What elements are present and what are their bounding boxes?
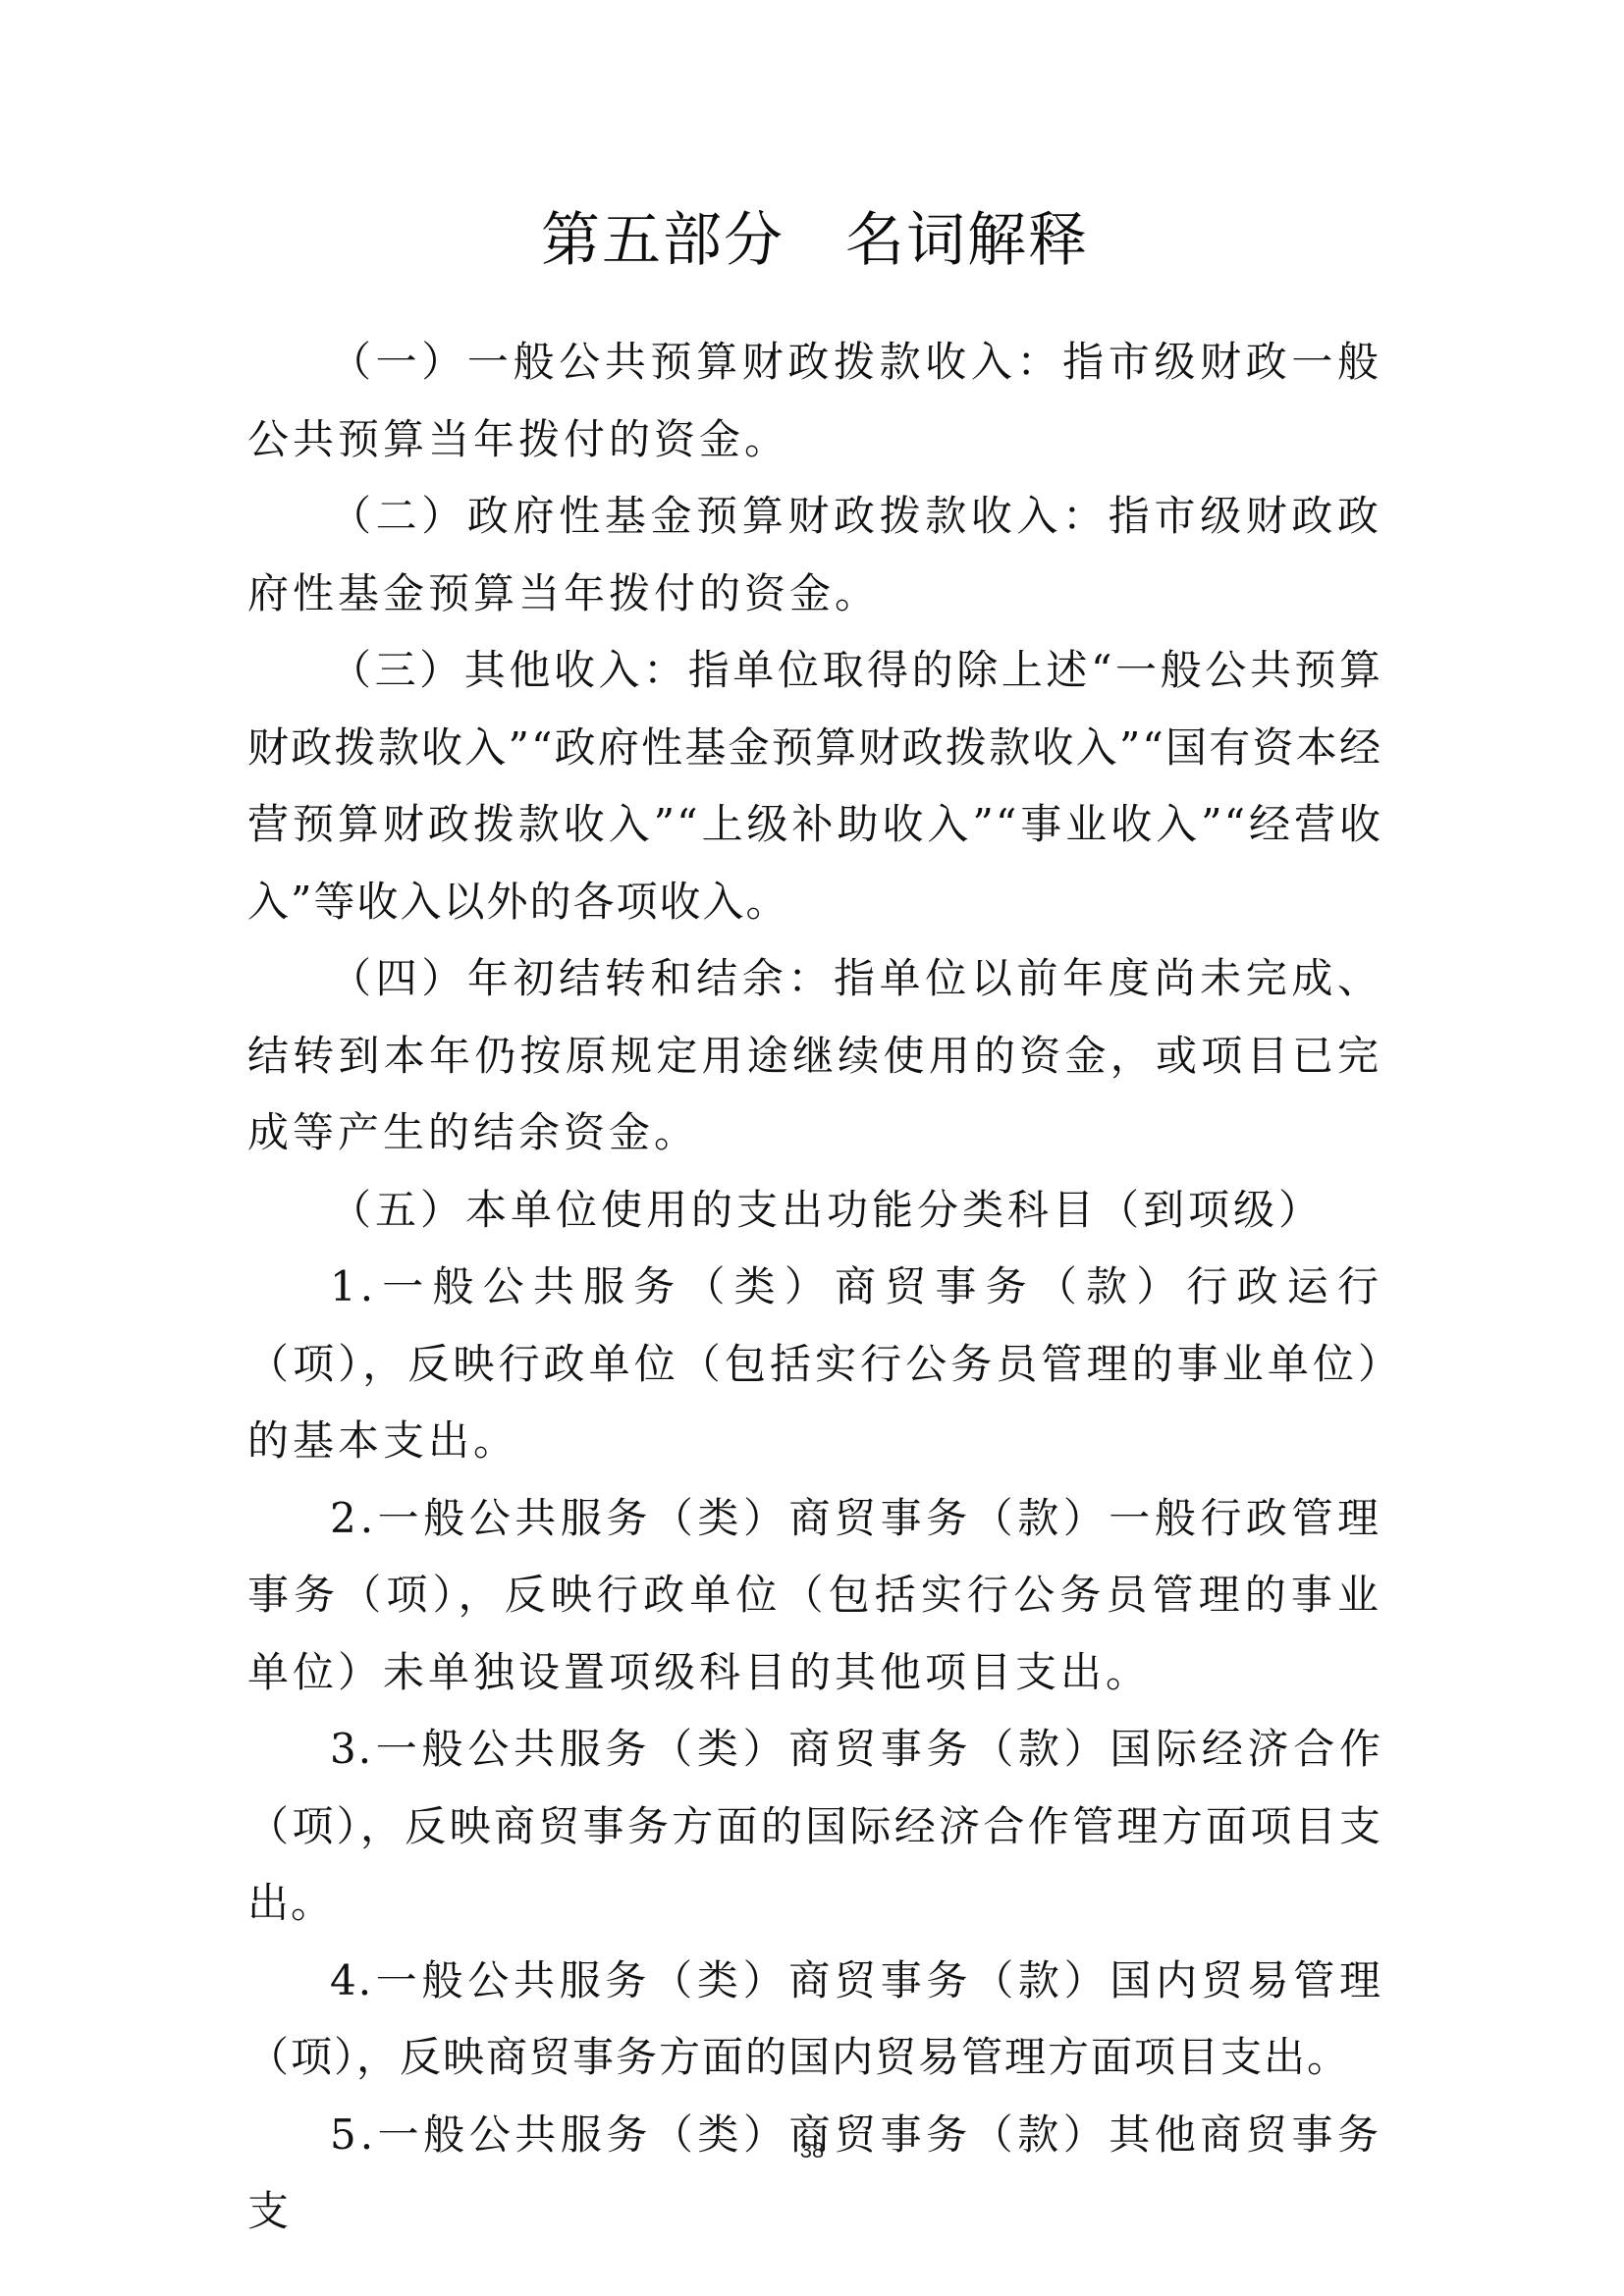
paragraph-expenditure-classification: （五）本单位使用的支出功能分类科目（到项级） xyxy=(247,1172,1382,1250)
list-item-general-administration: 2.一般公共服务（类）商贸事务（款）一般行政管理事务（项），反映行政单位（包括实… xyxy=(247,1480,1382,1712)
paragraph-general-budget-income: （一）一般公共预算财政拨款收入：指市级财政一般公共预算当年拨付的资金。 xyxy=(247,324,1382,478)
document-body: （一）一般公共预算财政拨款收入：指市级财政一般公共预算当年拨付的资金。 （二）政… xyxy=(247,324,1382,2251)
list-item-administrative-operation: 1.一般公共服务（类）商贸事务（款）行政运行（项），反映行政单位（包括实行公务员… xyxy=(247,1249,1382,1480)
paragraph-other-income: （三）其他收入：指单位取得的除上述“一般公共预算财政拨款收入”“政府性基金预算财… xyxy=(247,632,1382,940)
paragraph-carryover-balance: （四）年初结转和结余：指单位以前年度尚未完成、结转到本年仍按原规定用途继续使用的… xyxy=(247,940,1382,1172)
list-item-domestic-trade: 4.一般公共服务（类）商贸事务（款）国内贸易管理（项），反映商贸事务方面的国内贸… xyxy=(247,1943,1382,2097)
list-item-international-cooperation: 3.一般公共服务（类）商贸事务（款）国际经济合作（项），反映商贸事务方面的国际经… xyxy=(247,1711,1382,1943)
paragraph-government-fund-income: （二）政府性基金预算财政拨款收入：指市级财政政府性基金预算当年拨付的资金。 xyxy=(247,478,1382,632)
page-number: 38 xyxy=(0,2138,1624,2163)
section-title: 第五部分 名词解释 xyxy=(247,201,1382,280)
list-item-other-trade-affairs: 5.一般公共服务（类）商贸事务（款）其他商贸事务支 xyxy=(247,2097,1382,2251)
